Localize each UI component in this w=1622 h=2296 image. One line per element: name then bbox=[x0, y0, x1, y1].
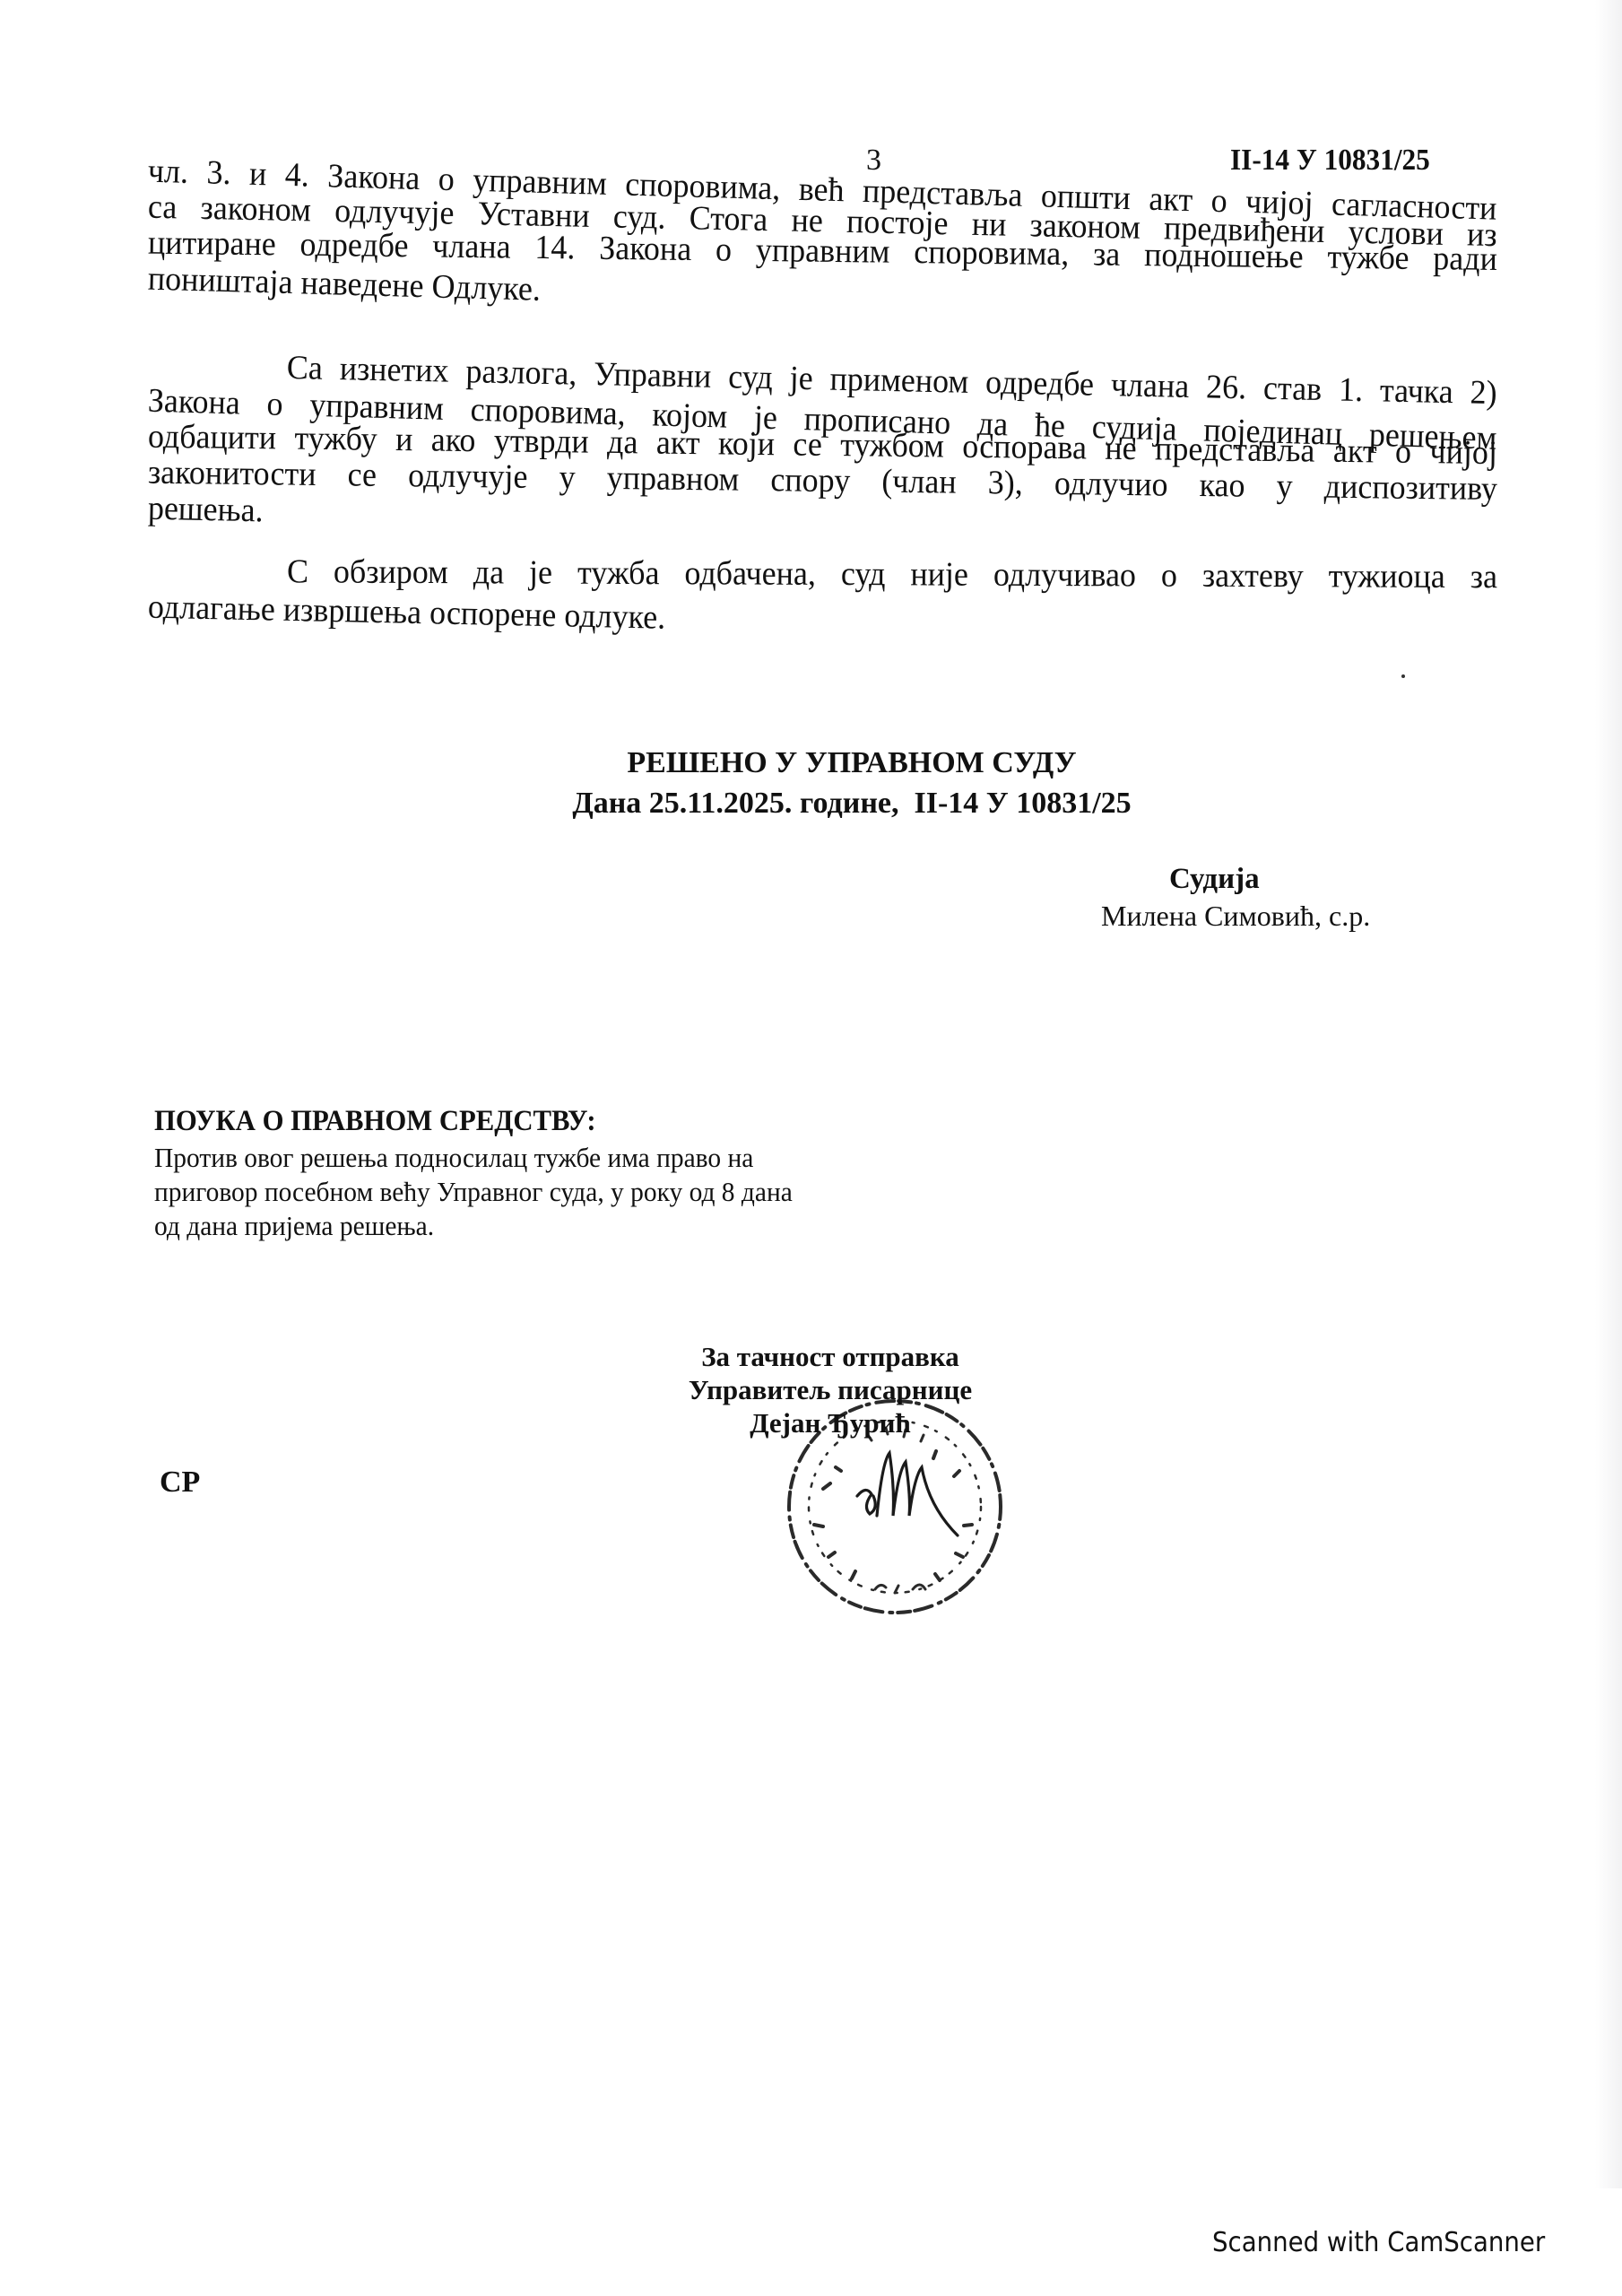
paragraph-3: С обзиром да је тужба одбачена, суд није… bbox=[148, 552, 1497, 623]
certification-block: За тачност отправка Управитељ писарнице … bbox=[642, 1340, 1019, 1439]
certification-signatory: Дејан Ђурић bbox=[642, 1406, 1019, 1439]
cp-label: СР bbox=[160, 1465, 200, 1500]
scanned-document-page: 3 II-14 У 10831/25 чл. 3. и 4. Закона о … bbox=[0, 0, 1622, 2296]
legal-remedy-title: ПОУКА О ПРАВНОМ СРЕДСТВУ: bbox=[154, 1101, 988, 1141]
scanner-watermark: Scanned with CamScanner bbox=[1212, 2227, 1545, 2258]
paragraph-3-line: одлагање извршења оспорене одлуке. bbox=[148, 587, 1498, 653]
scan-edge-shading bbox=[1595, 0, 1622, 2188]
legal-remedy-block: ПОУКА О ПРАВНОМ СРЕДСТВУ: Против овог ре… bbox=[154, 1101, 1051, 1243]
legal-remedy-line: приговор посебном већу Управног суда, у … bbox=[154, 1175, 1006, 1209]
certification-line: За тачност отправка bbox=[642, 1340, 1019, 1373]
scan-artifact-dot bbox=[1401, 674, 1405, 678]
judge-name: Милена Симовић, с.р. bbox=[1101, 897, 1460, 935]
judge-signature-block: Судија Милена Симовић, с.р. bbox=[1101, 861, 1460, 935]
certification-line: Управитељ писарнице bbox=[642, 1373, 1019, 1406]
paragraph-1: чл. 3. и 4. Закона о управним споровима,… bbox=[148, 152, 1497, 296]
paragraph-3-line: С обзиром да је тужба одбачена, суд није… bbox=[148, 551, 1497, 595]
paragraph-2: Са изнетих разлога, Управни суд је приме… bbox=[148, 345, 1497, 525]
legal-remedy-line: Против овог решења подносилац тужбе има … bbox=[154, 1141, 1006, 1175]
judge-title: Судија bbox=[1169, 861, 1460, 897]
resolution-date-line: Дана 25.11.2025. године, II-14 У 10831/2… bbox=[502, 784, 1201, 823]
handwritten-signature-icon bbox=[857, 1453, 958, 1535]
resolution-block: РЕШЕНО У УПРАВНОМ СУДУ Дана 25.11.2025. … bbox=[502, 743, 1201, 823]
resolution-title: РЕШЕНО У УПРАВНОМ СУДУ bbox=[502, 743, 1201, 784]
legal-remedy-line: од дана пријема решења. bbox=[154, 1209, 1006, 1243]
